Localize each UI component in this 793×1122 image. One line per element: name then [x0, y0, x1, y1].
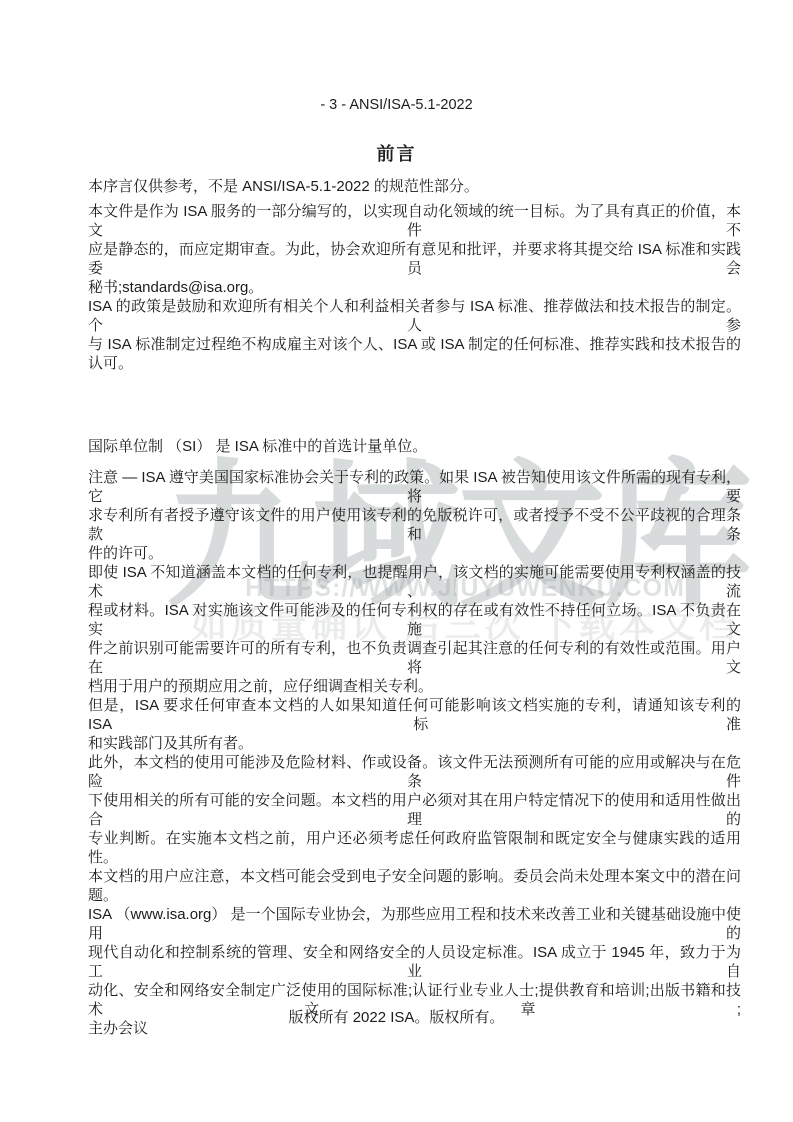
text-line: 秘书;standards@isa.org。 — [88, 278, 741, 297]
text-line: 程或材料。ISA 对实施该文件可能涉及的任何专利权的存在或有效性不持任何立场。I… — [88, 601, 741, 639]
document-content: - 3 - ANSI/ISA-5.1-2022 前言 本序言仅供参考，不是 AN… — [0, 97, 793, 1038]
text-line: ISA 的政策是鼓励和欢迎所有相关个人和利益相关者参与 ISA 标准、推荐做法和… — [88, 297, 741, 335]
paragraph-isa-policy: ISA 的政策是鼓励和欢迎所有相关个人和利益相关者参与 ISA 标准、推荐做法和… — [88, 297, 741, 373]
paragraph-security-note: 本文档的用户应注意，本文档可能会受到电子安全问题的影响。委员会尚未处理本案文中的… — [88, 867, 741, 905]
paragraph-disclaimer: 本序言仅供参考，不是 ANSI/ISA-5.1-2022 的规范性部分。 — [88, 177, 741, 196]
text-line: 求专利所有者授予遵守该文件的用户使用该专利的免版税许可，或者授予不受不公平歧视的… — [88, 506, 741, 544]
paragraph-si-units: 国际单位制 （SI） 是 ISA 标准中的首选计量单位。 — [88, 437, 741, 456]
paragraph-patent-caution: 即使 ISA 不知道涵盖本文档的任何专利，也提醒用户，该文档的实施可能需要使用专… — [88, 563, 741, 696]
text-line: 和实践部门及其所有者。 — [88, 734, 741, 753]
text-line: 专业判断。在实施本文档之前，用户还必须考虑任何政府监管限制和既定安全与健康实践的… — [88, 829, 741, 867]
foreword-body: 本序言仅供参考，不是 ANSI/ISA-5.1-2022 的规范性部分。 本文件… — [0, 177, 793, 1038]
text-line: 本序言仅供参考，不是 ANSI/ISA-5.1-2022 的规范性部分。 — [88, 177, 741, 196]
document-title: 前言 — [0, 144, 793, 164]
paragraph-patent-request: 但是，ISA 要求任何审查本文档的人如果知道任何可能影响该文档实施的专利，请通知… — [88, 696, 741, 753]
text-line: 此外，本文档的使用可能涉及危险材料、作或设备。该文件无法预测所有可能的应用或解决… — [88, 753, 741, 791]
text-line: 档用于用户的预期应用之前，应仔细调查相关专利。 — [88, 677, 741, 696]
text-line: 本文件是作为 ISA 服务的一部分编写的，以实现自动化领域的统一目标。为了具有真… — [88, 202, 741, 240]
document-page: 九域文库 HTTPS://WWW.JIUYUWENKU.COM 如质量确认 后三… — [0, 0, 793, 1122]
text-line: 件之前识别可能需要许可的所有专利，也不负责调查引起其注意的任何专利的有效性或范围… — [88, 639, 741, 677]
text-line: 下使用相关的所有可能的安全问题。本文档的用户必须对其在用户特定情况下的使用和适用… — [88, 791, 741, 829]
text-line: 注意 — ISA 遵守美国国家标准协会关于专利的政策。如果 ISA 被告知使用该… — [88, 468, 741, 506]
paragraph-isa-service: 本文件是作为 ISA 服务的一部分编写的，以实现自动化领域的统一目标。为了具有真… — [88, 202, 741, 297]
text-line: 与 ISA 标准制定过程绝不构成雇主对该个人、ISA 或 ISA 制定的任何标准… — [88, 335, 741, 373]
text-line: ISA （www.isa.org） 是一个国际专业协会，为那些应用工程和技术来改… — [88, 905, 741, 943]
paragraph-patent-notice: 注意 — ISA 遵守美国国家标准协会关于专利的政策。如果 ISA 被告知使用该… — [88, 468, 741, 563]
copyright-footer: 版权所有 2022 ISA。版权所有。 — [0, 1008, 793, 1027]
text-line: 本文档的用户应注意，本文档可能会受到电子安全问题的影响。委员会尚未处理本案文中的… — [88, 867, 741, 905]
paragraph-hazard-warning: 此外，本文档的使用可能涉及危险材料、作或设备。该文件无法预测所有可能的应用或解决… — [88, 753, 741, 867]
text-line: 应是静态的，而应定期审查。为此，协会欢迎所有意见和批评，并要求将其提交给 ISA… — [88, 240, 741, 278]
text-line: 件的许可。 — [88, 544, 741, 563]
text-line: 但是，ISA 要求任何审查本文档的人如果知道任何可能影响该文档实施的专利，请通知… — [88, 696, 741, 734]
text-line: 国际单位制 （SI） 是 ISA 标准中的首选计量单位。 — [88, 437, 741, 456]
page-header: - 3 - ANSI/ISA-5.1-2022 — [0, 97, 793, 113]
text-line: 现代自动化和控制系统的管理、安全和网络安全的人员设定标准。ISA 成立于 194… — [88, 943, 741, 981]
text-line: 即使 ISA 不知道涵盖本文档的任何专利，也提醒用户，该文档的实施可能需要使用专… — [88, 563, 741, 601]
